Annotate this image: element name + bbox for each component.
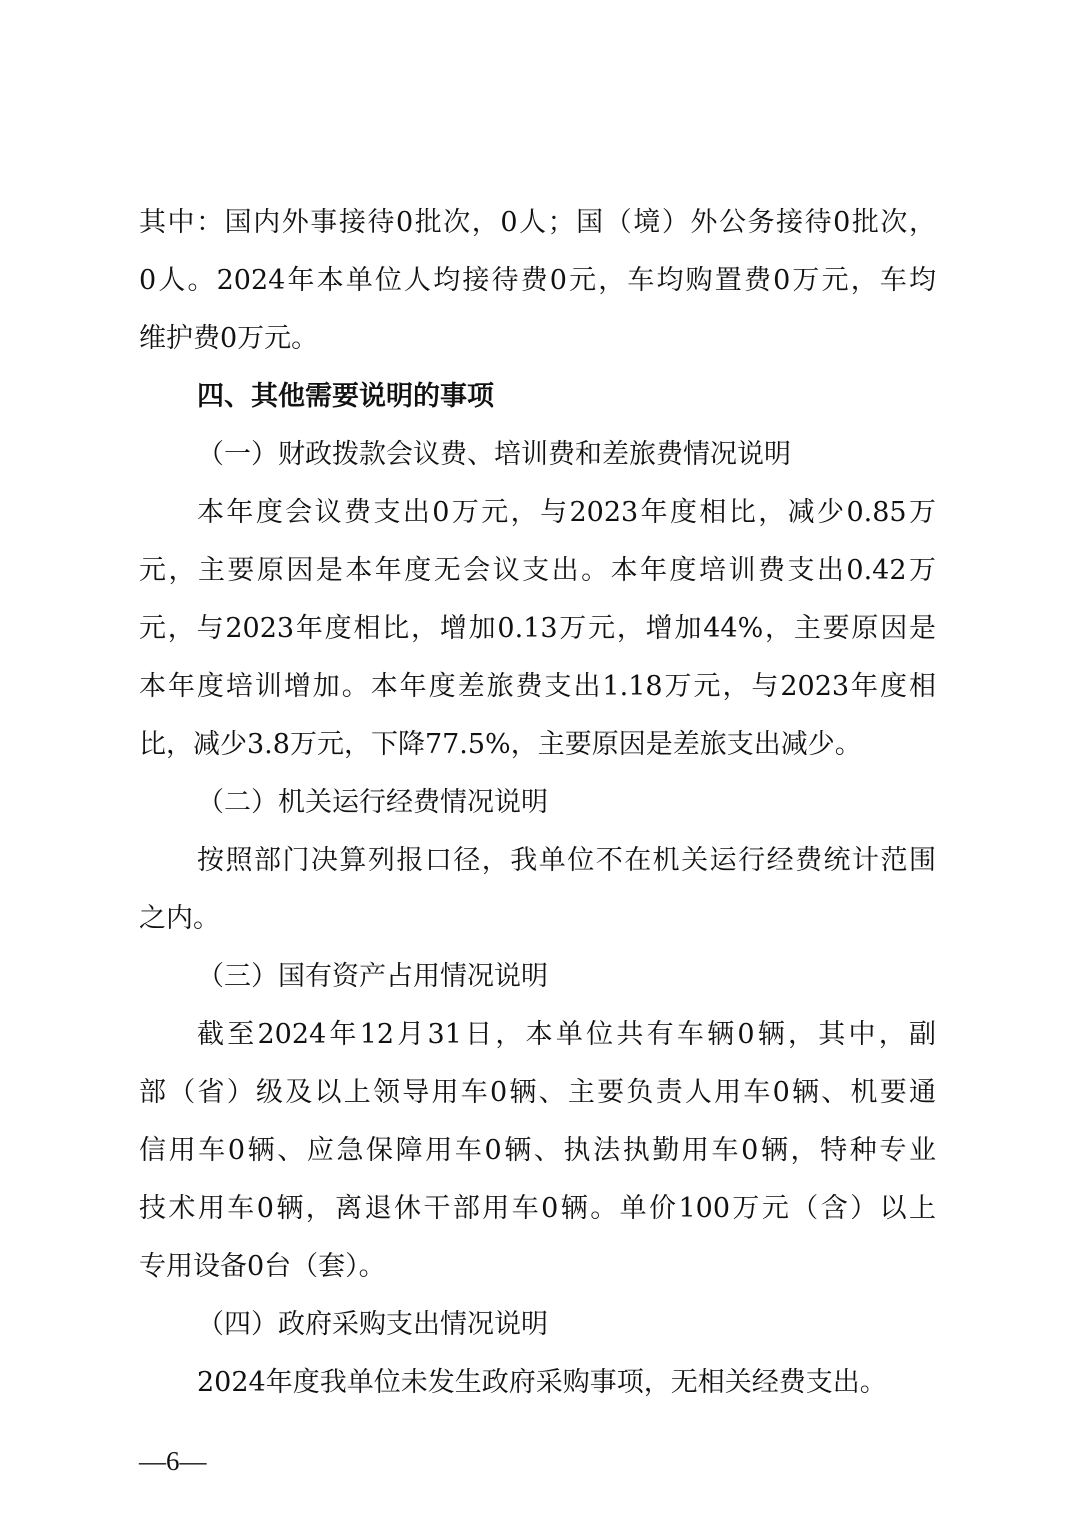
paragraph-line: 本年度会议费支出0万元，与2023年度相比，减少0.85万 [197,493,936,533]
subsection-heading: （三）国有资产占用情况说明 [197,957,936,997]
paragraph-line: 2024年度我单位未发生政府采购事项，无相关经费支出。 [197,1363,936,1403]
document-page: 其中：国内外事接待0批次，0人；国（境）外公务接待0批次， 0人。2024年本单… [0,0,1075,1520]
page-number: —6— [139,1441,207,1481]
paragraph-line: 部（省）级及以上领导用车0辆、主要负责人用车0辆、机要通 [139,1073,936,1113]
section-heading: 四、其他需要说明的事项 [197,377,936,417]
paragraph-line: 元，与2023年度相比，增加0.13万元，增加44%，主要原因是 [139,609,936,649]
paragraph-line: 比，减少3.8万元，下降77.5%，主要原因是差旅支出减少。 [139,725,936,765]
paragraph-line: 信用车0辆、应急保障用车0辆、执法执勤用车0辆，特种专业 [139,1131,936,1171]
paragraph-line: 技术用车0辆，离退休干部用车0辆。单价100万元（含）以上 [139,1189,936,1229]
paragraph-line: 其中：国内外事接待0批次，0人；国（境）外公务接待0批次， [139,203,936,243]
paragraph-line: 维护费0万元。 [139,319,936,359]
subsection-heading: （二）机关运行经费情况说明 [197,783,936,823]
paragraph-line: 之内。 [139,899,936,939]
paragraph-line: 本年度培训增加。本年度差旅费支出1.18万元，与2023年度相 [139,667,936,707]
paragraph-line: 截至2024年12月31日，本单位共有车辆0辆，其中，副 [197,1015,936,1055]
subsection-heading: （一）财政拨款会议费、培训费和差旅费情况说明 [197,435,936,475]
paragraph-line: 0人。2024年本单位人均接待费0元，车均购置费0万元，车均 [139,261,936,301]
paragraph-line: 按照部门决算列报口径，我单位不在机关运行经费统计范围 [197,841,936,881]
paragraph-line: 元，主要原因是本年度无会议支出。本年度培训费支出0.42万 [139,551,936,591]
paragraph-line: 专用设备0台（套）。 [139,1247,936,1287]
subsection-heading: （四）政府采购支出情况说明 [197,1305,936,1345]
